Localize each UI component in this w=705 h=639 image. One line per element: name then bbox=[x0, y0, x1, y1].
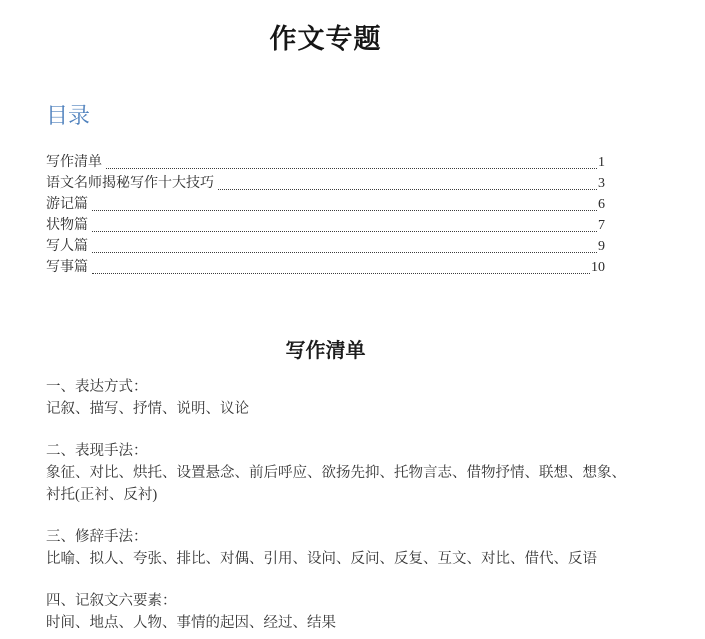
toc-entry[interactable]: 写作清单 1 bbox=[46, 152, 605, 173]
block-heading: 二、表现手法： bbox=[46, 440, 605, 462]
toc-page-number: 3 bbox=[598, 174, 605, 194]
content-block: 三、修辞手法： 比喻、拟人、夸张、排比、对偶、引用、设问、反问、反复、互文、对比… bbox=[46, 526, 605, 570]
toc-dot-leader bbox=[218, 189, 597, 190]
toc-entry[interactable]: 写人篇 9 bbox=[46, 236, 605, 257]
section-title: 写作清单 bbox=[46, 338, 605, 364]
block-line: 时间、地点、人物、事情的起因、经过、结果 bbox=[46, 612, 605, 634]
toc-dot-leader bbox=[92, 210, 597, 211]
content-block: 四、记叙文六要素： 时间、地点、人物、事情的起因、经过、结果 bbox=[46, 590, 605, 634]
toc-entry[interactable]: 游记篇 6 bbox=[46, 194, 605, 215]
toc-page-number: 1 bbox=[598, 153, 605, 173]
block-line: 记叙、描写、抒情、说明、议论 bbox=[46, 398, 605, 420]
block-line: 比喻、拟人、夸张、排比、对偶、引用、设问、反问、反复、互文、对比、借代、反语 bbox=[46, 548, 605, 570]
block-line: 象征、对比、烘托、设置悬念、前后呼应、欲扬先抑、托物言志、借物抒情、联想、想象、 bbox=[46, 462, 605, 484]
toc-entry-label: 写事篇 bbox=[46, 258, 88, 278]
toc-page-number: 7 bbox=[598, 216, 605, 236]
toc-page-number: 9 bbox=[598, 237, 605, 257]
toc-dot-leader bbox=[92, 231, 597, 232]
toc-entry-label: 写人篇 bbox=[46, 237, 88, 257]
toc-dot-leader bbox=[92, 252, 597, 253]
toc-entry-label: 语文名师揭秘写作十大技巧 bbox=[46, 174, 214, 194]
content-block: 二、表现手法： 象征、对比、烘托、设置悬念、前后呼应、欲扬先抑、托物言志、借物抒… bbox=[46, 440, 605, 506]
block-heading: 四、记叙文六要素： bbox=[46, 590, 605, 612]
section-body: 一、表达方式： 记叙、描写、抒情、说明、议论 二、表现手法： 象征、对比、烘托、… bbox=[46, 376, 605, 634]
toc-heading: 目录 bbox=[46, 102, 605, 130]
toc-page-number: 6 bbox=[598, 195, 605, 215]
toc-entry-label: 状物篇 bbox=[46, 216, 88, 236]
document-page: 作文专题 目录 写作清单 1 语文名师揭秘写作十大技巧 3 游记篇 6 状物篇 … bbox=[0, 0, 705, 639]
document-title: 作文专题 bbox=[46, 22, 605, 56]
content-block: 一、表达方式： 记叙、描写、抒情、说明、议论 bbox=[46, 376, 605, 420]
toc-page-number: 10 bbox=[591, 258, 605, 278]
toc-list: 写作清单 1 语文名师揭秘写作十大技巧 3 游记篇 6 状物篇 7 写人篇 9 … bbox=[46, 152, 605, 278]
block-line: 衬托(正衬、反衬) bbox=[46, 484, 605, 506]
toc-entry-label: 写作清单 bbox=[46, 153, 102, 173]
block-heading: 三、修辞手法： bbox=[46, 526, 605, 548]
toc-dot-leader bbox=[106, 168, 597, 169]
toc-dot-leader bbox=[92, 273, 590, 274]
toc-entry[interactable]: 写事篇 10 bbox=[46, 257, 605, 278]
toc-entry[interactable]: 状物篇 7 bbox=[46, 215, 605, 236]
block-heading: 一、表达方式： bbox=[46, 376, 605, 398]
toc-entry-label: 游记篇 bbox=[46, 195, 88, 215]
toc-entry[interactable]: 语文名师揭秘写作十大技巧 3 bbox=[46, 173, 605, 194]
